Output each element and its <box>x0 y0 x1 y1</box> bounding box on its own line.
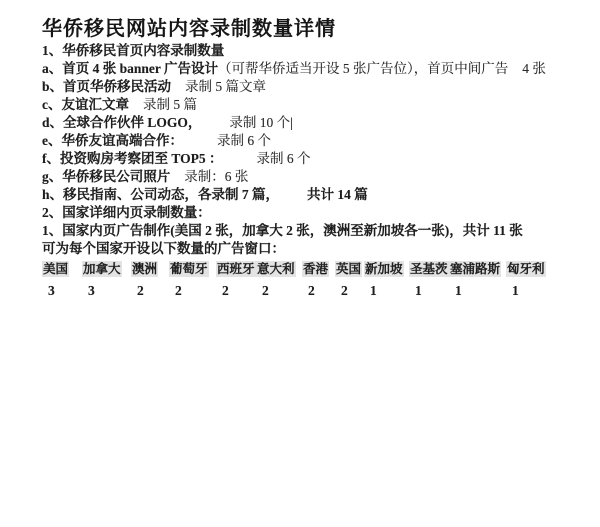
country-name: 香港 <box>302 261 329 277</box>
table-column-hungary: 匈牙利 1 <box>506 260 552 299</box>
country-name: 葡萄牙 <box>169 261 209 277</box>
item-a-label: a、首页 4 张 banner 广告设计 <box>42 61 218 76</box>
country-name: 匈牙利 <box>506 261 546 277</box>
item-f-label: f、投资购房考察团至 TOP5 ： <box>42 151 223 166</box>
country-count: 2 <box>169 283 216 299</box>
item-c: c、友谊汇文章录制 5 篇 <box>42 96 586 114</box>
country-count: 3 <box>82 283 131 299</box>
item-d-value: 录制 10 个 <box>229 115 290 130</box>
table-column-cyprus: 塞浦路斯 1 <box>449 260 506 299</box>
item-a-count: 4 张 <box>522 61 546 76</box>
country-name: 西班牙 <box>216 261 256 277</box>
country-count: 2 <box>302 283 335 299</box>
table-column-italy: 意大利 2 <box>256 260 302 299</box>
document-canvas[interactable]: 华侨移民网站内容录制数量详情 1、华侨移民首页内容录制数量 a、首页 4 张 b… <box>0 0 600 527</box>
item-c-value: 录制 5 篇 <box>143 97 197 112</box>
country-count: 3 <box>42 283 82 299</box>
table-column-canada: 加拿大 3 <box>82 260 131 299</box>
country-name: 澳洲 <box>131 261 158 277</box>
item-g: g、华侨移民公司照片录制：6 张 <box>42 168 586 186</box>
item-a: a、首页 4 张 banner 广告设计（可帮华侨适当开设 5 张广告位），首页… <box>42 60 586 78</box>
country-name: 意大利 <box>256 261 296 277</box>
table-column-australia: 澳洲 2 <box>131 260 169 299</box>
country-count: 1 <box>506 283 552 299</box>
item-a-value: （可帮华侨适当开设 5 张广告位），首页中间广告 <box>218 61 508 76</box>
ad-table-intro: 可为每个国家开设以下数量的广告窗口： <box>42 240 586 258</box>
country-count: 1 <box>364 283 409 299</box>
item-h: h、移民指南、公司动态，各录制 7 篇，共计 14 篇 <box>42 186 586 204</box>
table-column-spain: 西班牙 2 <box>216 260 256 299</box>
item-f-value: 录制 6 个 <box>257 151 311 166</box>
country-name: 美国 <box>42 261 69 277</box>
country-count: 2 <box>216 283 256 299</box>
table-column-usa: 美国 3 <box>42 260 82 299</box>
country-count: 2 <box>131 283 169 299</box>
country-name: 新加坡 <box>364 261 404 277</box>
item-f: f、投资购房考察团至 TOP5 ：录制 6 个 <box>42 150 586 168</box>
item-h-value: 共计 14 篇 <box>307 187 368 202</box>
item-c-label: c、友谊汇文章 <box>42 97 129 112</box>
country-count: 1 <box>449 283 506 299</box>
country-name: 塞浦路斯 <box>449 261 501 277</box>
item-d: d、全球合作伙伴 LOGO，录制 10 个| <box>42 114 586 132</box>
table-column-stkitts: 圣基茨 1 <box>409 260 449 299</box>
item-e: e、华侨友谊高端合作：录制 6 个 <box>42 132 586 150</box>
table-column-hongkong: 香港 2 <box>302 260 335 299</box>
item-g-value: 录制：6 张 <box>184 169 248 184</box>
table-column-portugal: 葡萄牙 2 <box>169 260 216 299</box>
table-column-singapore: 新加坡 1 <box>364 260 409 299</box>
country-name: 圣基茨 <box>409 261 449 277</box>
section1-heading: 1、华侨移民首页内容录制数量 <box>42 42 586 60</box>
country-count: 2 <box>256 283 302 299</box>
text-cursor: | <box>290 115 293 130</box>
document-title: 华侨移民网站内容录制数量详情 <box>42 16 586 42</box>
item-h-label: h、移民指南、公司动态，各录制 7 篇， <box>42 187 279 202</box>
item-b-value: 录制 5 篇文章 <box>185 79 266 94</box>
item-b-label: b、首页华侨移民活动 <box>42 79 171 94</box>
item-e-value: 录制 6 个 <box>217 133 271 148</box>
item-g-label: g、华侨移民公司照片 <box>42 169 170 184</box>
country-name: 英国 <box>335 261 362 277</box>
section2-heading: 2、国家详细内页录制数量： <box>42 204 586 222</box>
country-name: 加拿大 <box>82 261 122 277</box>
country-count: 2 <box>335 283 364 299</box>
section2-line: 1、国家内页广告制作(美国 2 张，加拿大 2 张，澳洲至新加坡各一张)，共计 … <box>42 222 586 240</box>
table-column-uk: 英国 2 <box>335 260 364 299</box>
ad-windows-table: 美国 3 加拿大 3 澳洲 2 葡萄牙 2 西班牙 2 意大利 2 香港 2 英… <box>42 260 586 299</box>
item-d-label: d、全球合作伙伴 LOGO， <box>42 115 201 130</box>
country-count: 1 <box>409 283 449 299</box>
item-e-label: e、华侨友谊高端合作： <box>42 133 183 148</box>
item-b: b、首页华侨移民活动录制 5 篇文章 <box>42 78 586 96</box>
